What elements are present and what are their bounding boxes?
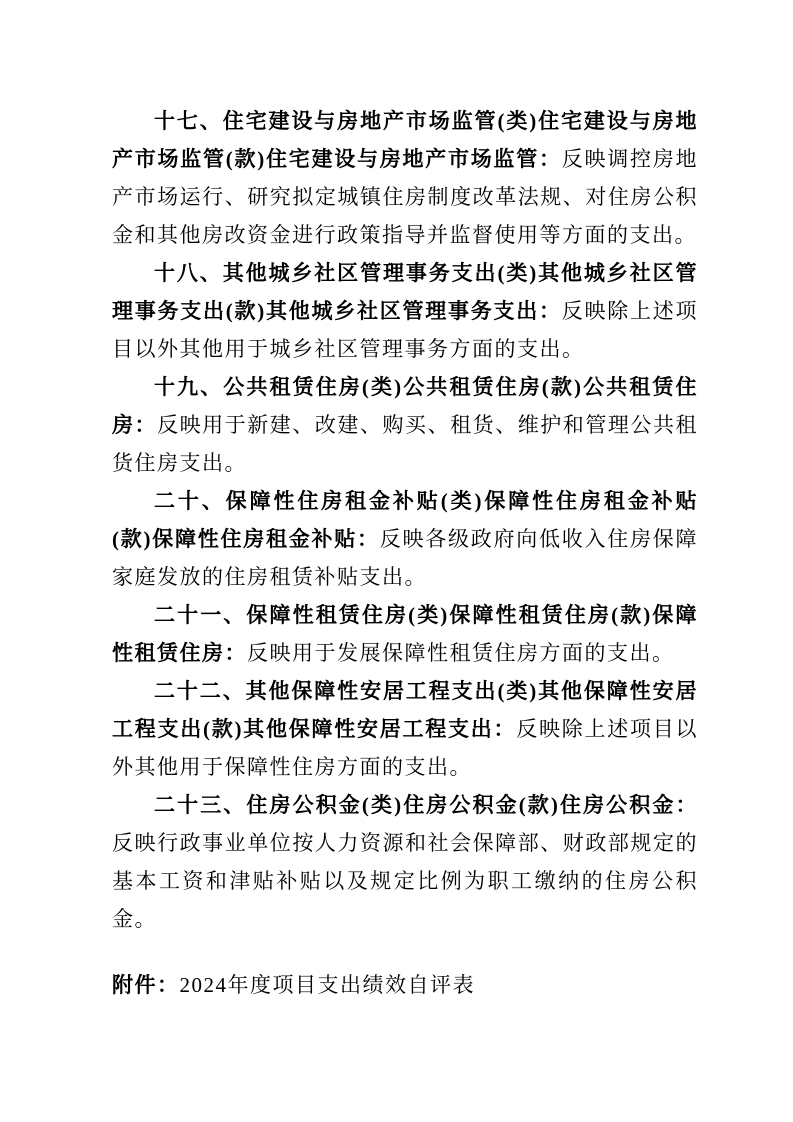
clause-paragraph-23: 二十三、住房公积金(类)住房公积金(款)住房公积金：反映行政事业单位按人力资源和…	[112, 786, 698, 938]
clause-paragraph-19: 十九、公共租赁住房(类)公共租赁住房(款)公共租赁住房：反映用于新建、改建、购买…	[112, 368, 698, 482]
clause-paragraph-22: 二十二、其他保障性安居工程支出(类)其他保障性安居工程支出(款)其他保障性安居工…	[112, 672, 698, 786]
clause-paragraph-21: 二十一、保障性租赁住房(类)保障性租赁住房(款)保障性租赁住房：反映用于发展保障…	[112, 596, 698, 672]
clause-text: 反映行政事业单位按人力资源和社会保障部、财政部规定的基本工资和津贴补贴以及规定比…	[112, 831, 698, 931]
attachment-label: 附件：	[112, 973, 180, 997]
document-body: 十七、住宅建设与房地产市场监管(类)住宅建设与房地产市场监管(款)住宅建设与房地…	[112, 102, 698, 1004]
clause-text: 反映用于新建、改建、购买、租货、维护和管理公共租货住房支出。	[112, 413, 698, 475]
attachment-line: 附件：2024年度项目支出绩效自评表	[112, 966, 698, 1004]
clause-text: 反映用于发展保障性租赁住房方面的支出。	[247, 641, 675, 665]
document-page: 十七、住宅建设与房地产市场监管(类)住宅建设与房地产市场监管(款)住宅建设与房地…	[0, 0, 793, 1122]
attachment-text: 2024年度项目支出绩效自评表	[180, 973, 476, 997]
clause-paragraph-20: 二十、保障性住房租金补贴(类)保障性住房租金补贴(款)保障性住房租金补贴：反映各…	[112, 482, 698, 596]
clause-lead: 二十三、住房公积金(类)住房公积金(款)住房公积金：	[154, 793, 698, 817]
clause-paragraph-18: 十八、其他城乡社区管理事务支出(类)其他城乡社区管理事务支出(款)其他城乡社区管…	[112, 254, 698, 368]
clause-paragraph-17: 十七、住宅建设与房地产市场监管(类)住宅建设与房地产市场监管(款)住宅建设与房地…	[112, 102, 698, 254]
